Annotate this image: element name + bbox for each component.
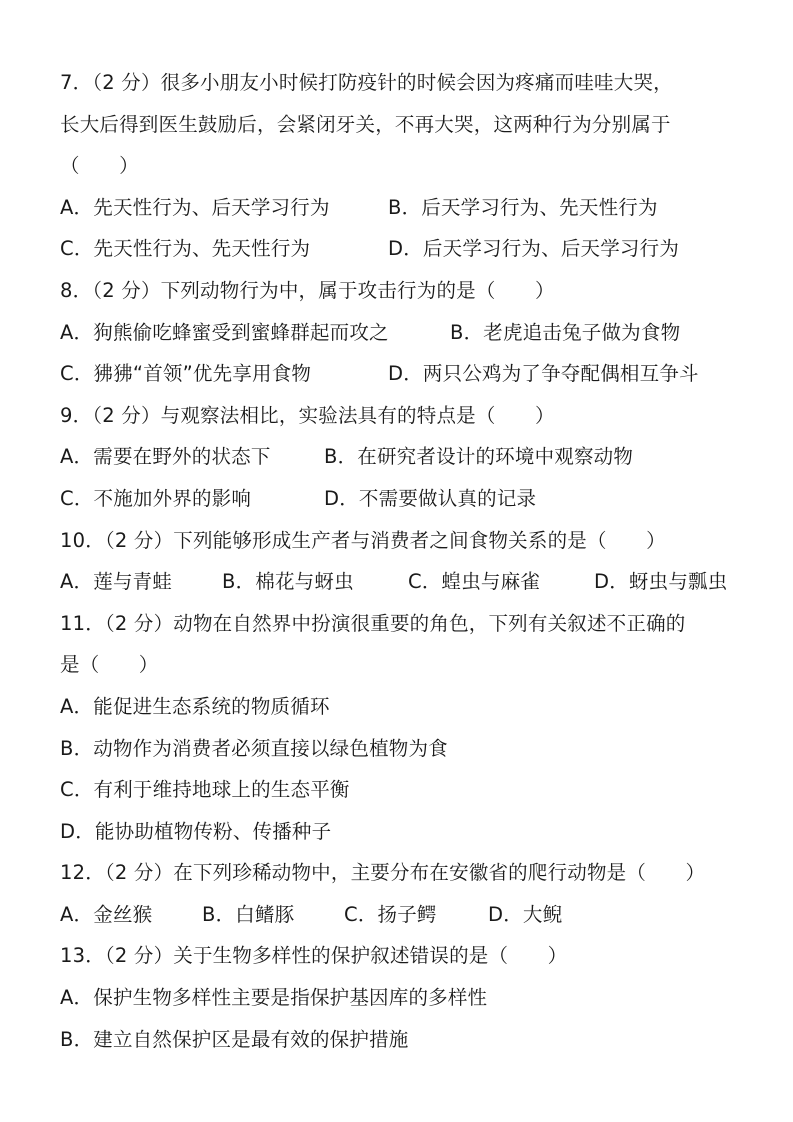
- question-8-option-d: D．两只公鸡为了争夺配偶相互争斗: [388, 353, 699, 395]
- question-7-option-a: A．先天性行为、后天学习行为: [60, 187, 388, 229]
- question-12-stem: 12．（2 分）在下列珍稀动物中，主要分布在安徽省的爬行动物是（ ）: [60, 852, 750, 894]
- question-7-option-d: D．后天学习行为、后天学习行为: [388, 228, 679, 270]
- question-13-option-b: B．建立自然保护区是最有效的保护措施: [60, 1019, 750, 1061]
- question-11-stem-line-1: 11．（2 分）动物在自然界中扮演很重要的角色，下列有关叙述不正确的: [60, 603, 750, 645]
- question-8-stem: 8．（2 分）下列动物行为中，属于攻击行为的是（ ）: [60, 270, 750, 312]
- question-7-stem-line-1: 7．（2 分）很多小朋友小时候打防疫针的时候会因为疼痛而哇哇大哭，: [60, 62, 750, 104]
- question-10-option-a: A．莲与青蛙: [60, 561, 222, 603]
- question-10-options-row: A．莲与青蛙 B．棉花与蚜虫 C．蝗虫与麻雀 D．蚜虫与瓢虫: [60, 561, 750, 603]
- question-12-option-a: A．金丝猴: [60, 894, 202, 936]
- question-11-stem-line-2: 是（ ）: [60, 644, 750, 686]
- question-11-option-d: D．能协助植物传粉、传播种子: [60, 811, 750, 853]
- question-9-option-d: D．不需要做认真的记录: [324, 478, 536, 520]
- question-9-options-row-2: C．不施加外界的影响 D．不需要做认真的记录: [60, 478, 750, 520]
- question-7-stem-line-2: 长大后得到医生鼓励后，会紧闭牙关，不再大哭，这两种行为分别属于: [60, 104, 750, 146]
- question-7-options-row-2: C．先天性行为、先天性行为 D．后天学习行为、后天学习行为: [60, 228, 750, 270]
- question-13-stem: 13．（2 分）关于生物多样性的保护叙述错误的是（ ）: [60, 935, 750, 977]
- question-11-option-b: B．动物作为消费者必须直接以绿色植物为食: [60, 728, 750, 770]
- question-8-options-row-1: A．狗熊偷吃蜂蜜受到蜜蜂群起而攻之 B．老虎追击兔子做为食物: [60, 312, 750, 354]
- question-9-option-c: C．不施加外界的影响: [60, 478, 324, 520]
- question-7-option-b: B．后天学习行为、先天性行为: [388, 187, 658, 229]
- question-13-option-a: A．保护生物多样性主要是指保护基因库的多样性: [60, 977, 750, 1019]
- question-11-option-a: A．能促进生态系统的物质循环: [60, 686, 750, 728]
- question-10-option-b: B．棉花与蚜虫: [222, 561, 408, 603]
- question-8-option-c: C．狒狒“首领”优先享用食物: [60, 353, 388, 395]
- question-10-option-d: D．蚜虫与瓢虫: [594, 561, 727, 603]
- question-8-option-b: B．老虎追击兔子做为食物: [450, 312, 680, 354]
- question-9-option-b: B．在研究者设计的环境中观察动物: [324, 436, 633, 478]
- question-10-option-c: C．蝗虫与麻雀: [408, 561, 594, 603]
- question-9-option-a: A．需要在野外的状态下: [60, 436, 324, 478]
- exam-page: 7．（2 分）很多小朋友小时候打防疫针的时候会因为疼痛而哇哇大哭， 长大后得到医…: [60, 62, 750, 1060]
- question-12-options-row: A．金丝猴 B．白鳍豚 C．扬子鳄 D．大鲵: [60, 894, 750, 936]
- question-11-option-c: C．有利于维持地球上的生态平衡: [60, 769, 750, 811]
- question-9-stem: 9．（2 分）与观察法相比，实验法具有的特点是（ ）: [60, 395, 750, 437]
- question-7-options-row-1: A．先天性行为、后天学习行为 B．后天学习行为、先天性行为: [60, 187, 750, 229]
- question-12-option-b: B．白鳍豚: [202, 894, 344, 936]
- question-12-option-c: C．扬子鳄: [344, 894, 488, 936]
- question-12-option-d: D．大鲵: [488, 894, 562, 936]
- question-8-options-row-2: C．狒狒“首领”优先享用食物 D．两只公鸡为了争夺配偶相互争斗: [60, 353, 750, 395]
- question-8-option-a: A．狗熊偷吃蜂蜜受到蜜蜂群起而攻之: [60, 312, 450, 354]
- question-9-options-row-1: A．需要在野外的状态下 B．在研究者设计的环境中观察动物: [60, 436, 750, 478]
- question-7-answer-blank: （ ）: [60, 145, 750, 187]
- question-7-option-c: C．先天性行为、先天性行为: [60, 228, 388, 270]
- question-10-stem: 10．（2 分）下列能够形成生产者与消费者之间食物关系的是（ ）: [60, 520, 750, 562]
